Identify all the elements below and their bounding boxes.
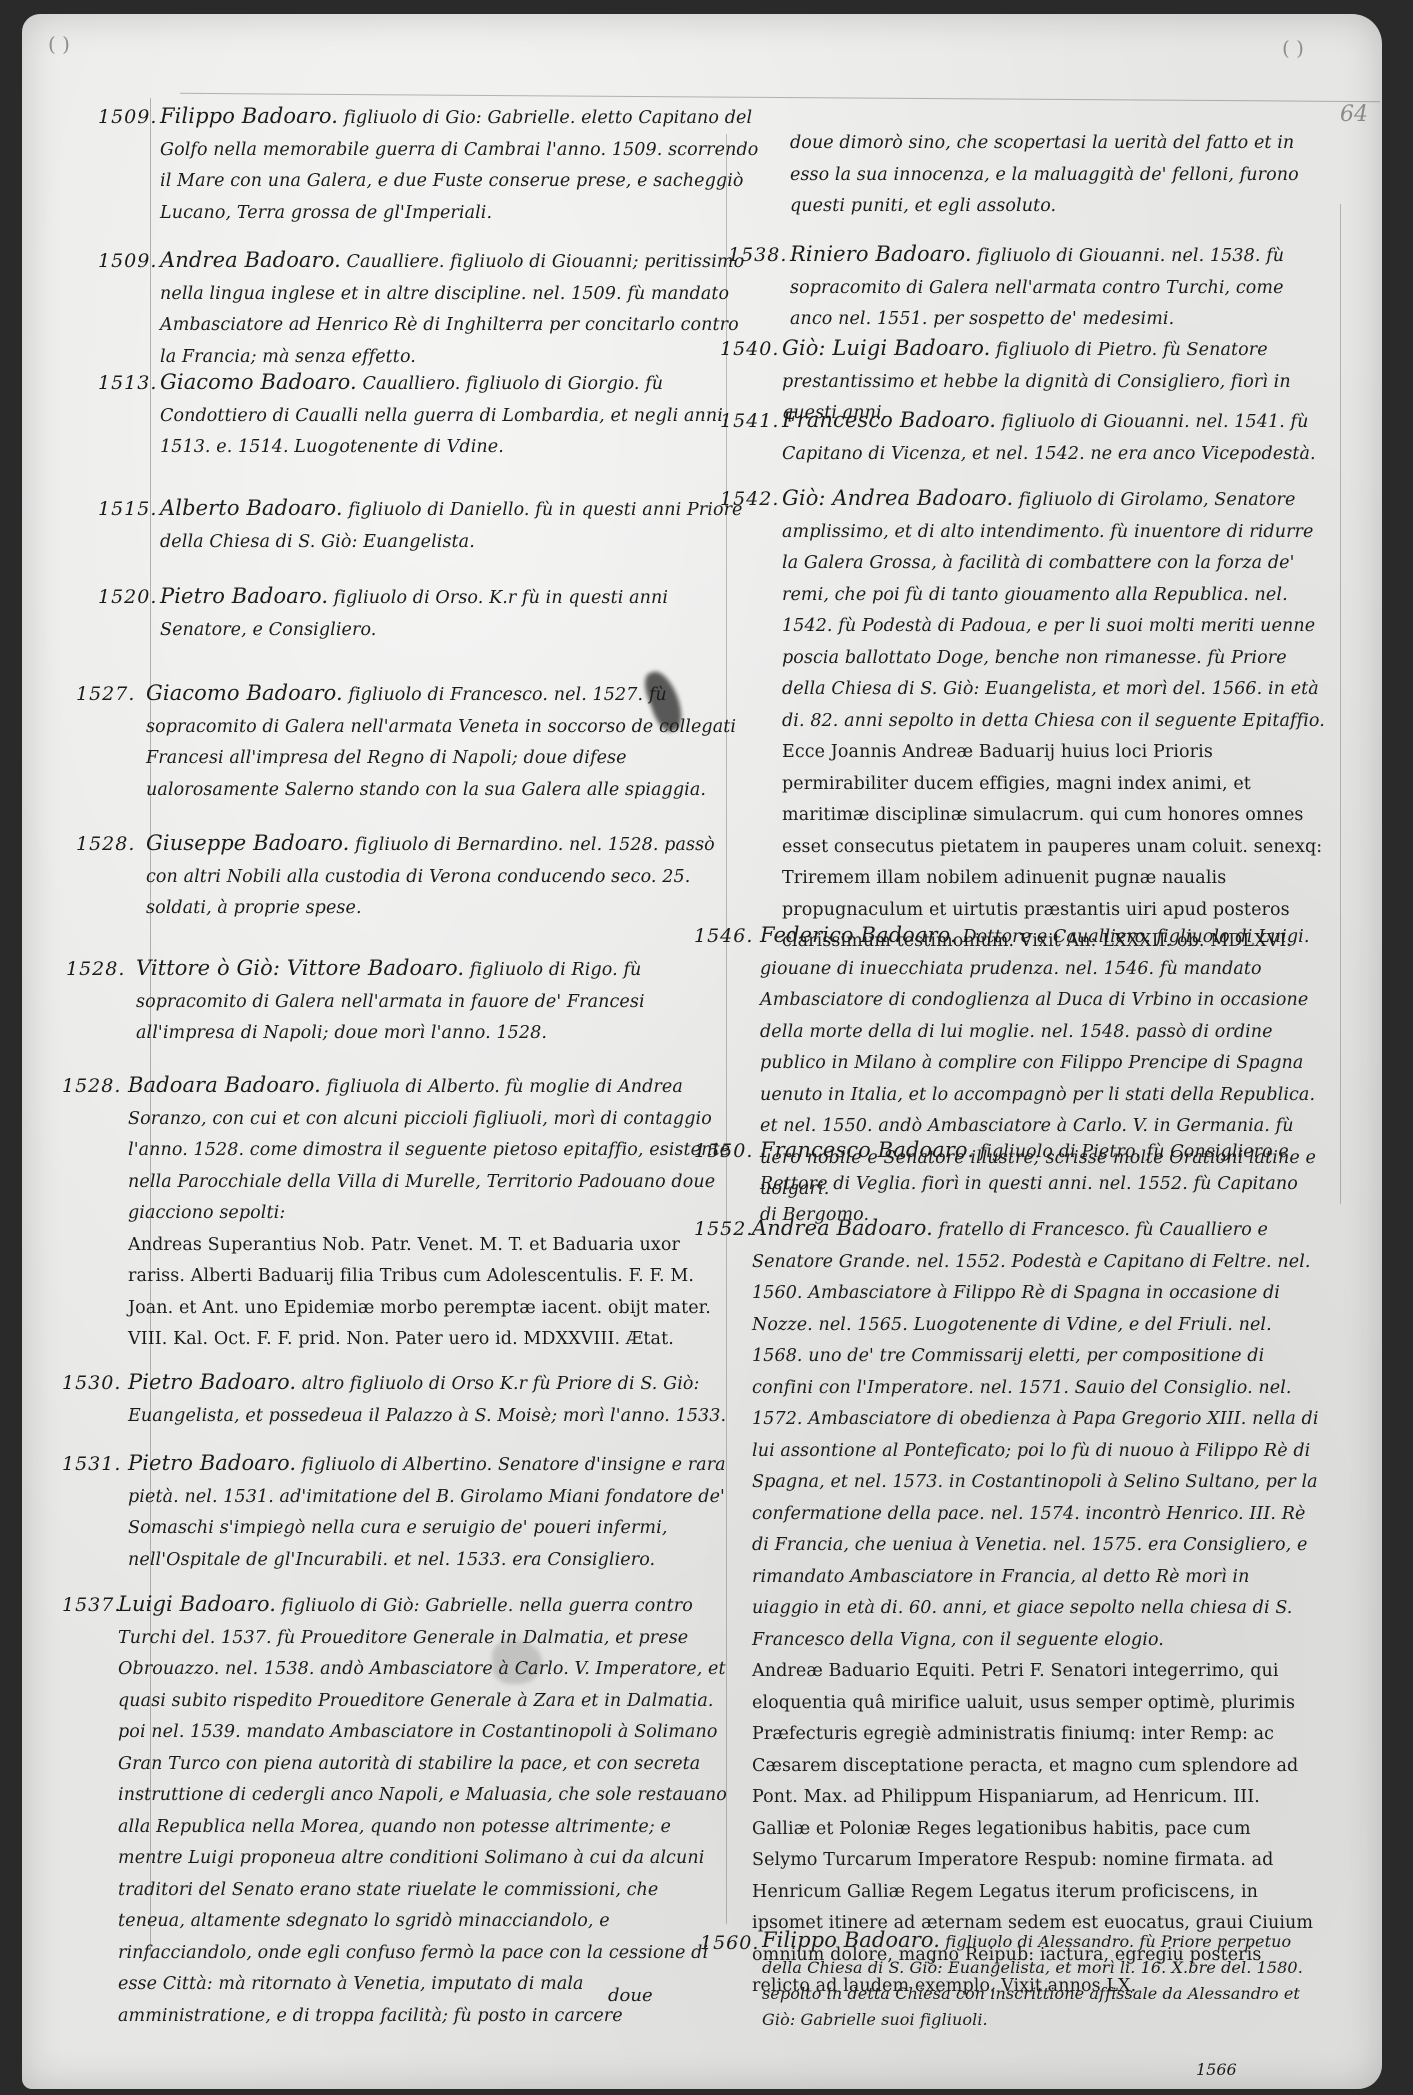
entry-text: figliuolo di Girolamo, Senatore amplissi… [782, 490, 1325, 731]
entry-name: Luigi Badoaro. [118, 1592, 276, 1616]
entry-name: Francesco Badoaro. [782, 408, 996, 432]
entry-name: Giò: Luigi Badoaro. [782, 336, 990, 360]
entry-year: 1528. [76, 833, 135, 855]
entry-year: 1528. [62, 1075, 121, 1097]
entry-year: 1537. [62, 1594, 121, 1616]
entry-name: Filippo Badoaro. [160, 104, 338, 128]
entry-name: Giacomo Badoaro. [146, 681, 343, 705]
entry-name: Federico Badoaro. [760, 923, 957, 947]
entry-name: Giacomo Badoaro. [160, 370, 357, 394]
entry-name: Riniero Badoaro. [790, 242, 972, 266]
entry-name: Vittore ò Giò: Vittore Badoaro. [136, 956, 464, 980]
corner-mark-right: ( ) [1282, 36, 1304, 60]
entry-year: 1509. [98, 250, 157, 272]
entry-year: 1527. [76, 683, 135, 705]
entry-name: Pietro Badoaro. [160, 584, 328, 608]
entry-name: Andrea Badoaro. [752, 1216, 933, 1240]
entry-text: fratello di Francesco. fù Caualliero e S… [752, 1220, 1319, 1650]
entry-name: Giuseppe Badoaro. [146, 831, 349, 855]
entry-year: 1528. [66, 958, 125, 980]
entry-year: 1550. [694, 1140, 753, 1162]
entry-name: Pietro Badoaro. [128, 1370, 296, 1394]
entry-year: 1560. [700, 1932, 759, 1954]
catchword: doue [608, 1985, 653, 2006]
entry-name: Filippo Badoaro. [762, 1928, 940, 1952]
entry-text: figliuolo di Giò: Gabrielle. nella guerr… [118, 1596, 727, 2026]
entry-name: Badoara Badoaro. [128, 1073, 321, 1097]
entry-text: figliuola di Alberto. fù moglie di Andre… [128, 1077, 730, 1223]
entry-year: 1530. [62, 1372, 121, 1394]
entry-year: 1513. [98, 372, 157, 394]
entry-name: Alberto Badoaro. [160, 496, 343, 520]
entry-year: 1515. [98, 498, 157, 520]
closing-date: 1566 [1196, 2060, 1237, 2079]
folio-number: 64 [1340, 102, 1368, 127]
epitaph-text: Andreas Superantius Nob. Patr. Venet. M.… [128, 1230, 740, 1356]
entry-year: 1520. [98, 586, 157, 608]
entry-year: 1540. [720, 338, 779, 360]
entry-name: Giò: Andrea Badoaro. [782, 486, 1013, 510]
entry-name: Andrea Badoaro. [160, 248, 341, 272]
entry-year: 1531. [62, 1453, 121, 1475]
entry-year: 1542. [720, 488, 779, 510]
entry-name: Francesco Badoaro. [760, 1138, 974, 1162]
entry-year: 1541. [720, 410, 779, 432]
entry-year: 1552. [694, 1218, 753, 1240]
corner-mark-left: ( ) [48, 32, 70, 56]
entry-year: 1546. [694, 925, 753, 947]
entry-year: 1538. [728, 244, 787, 266]
entry-name: Pietro Badoaro. [128, 1451, 296, 1475]
entry-year: 1509. [98, 106, 157, 128]
